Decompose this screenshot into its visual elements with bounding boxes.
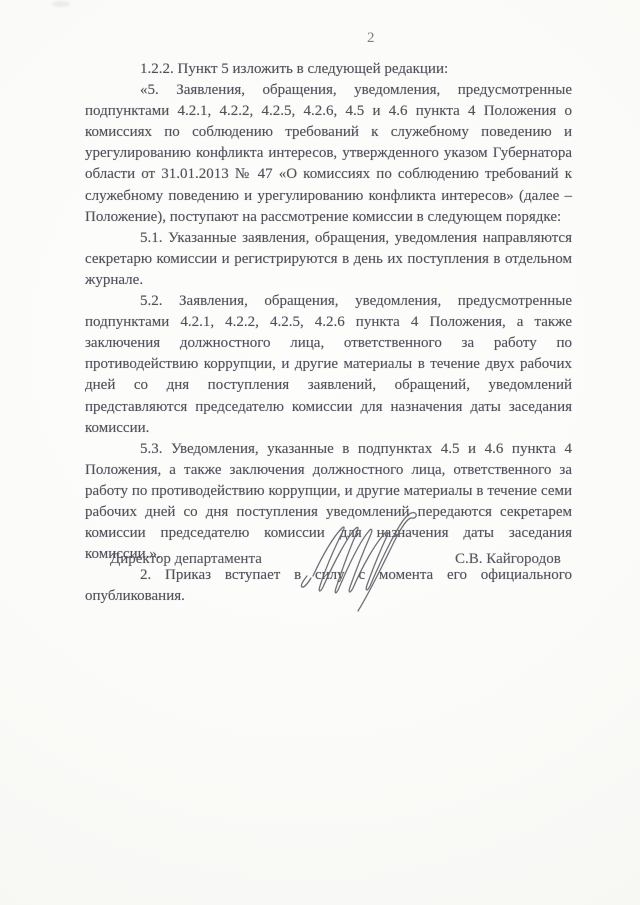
paragraph-1-2-2: 1.2.2. Пункт 5 изложить в следующей реда… [85,59,572,80]
paragraph-5-2: 5.2. Заявления, обращения, уведомления, … [85,291,572,439]
signatory-title: Директор департамента [110,551,262,568]
scan-smudge [52,1,70,7]
signatory-name: С.В. Кайгородов [455,551,561,568]
page-number: 2 [306,30,436,47]
paragraph-5-1: 5.1. Указанные заявления, обращения, уве… [85,228,572,291]
paragraph-5-intro: «5. Заявления, обращения, уведомления, п… [85,80,572,228]
handwritten-signature-icon [297,496,449,624]
scanned-document-page: 2 1.2.2. Пункт 5 изложить в следующей ре… [0,0,640,905]
